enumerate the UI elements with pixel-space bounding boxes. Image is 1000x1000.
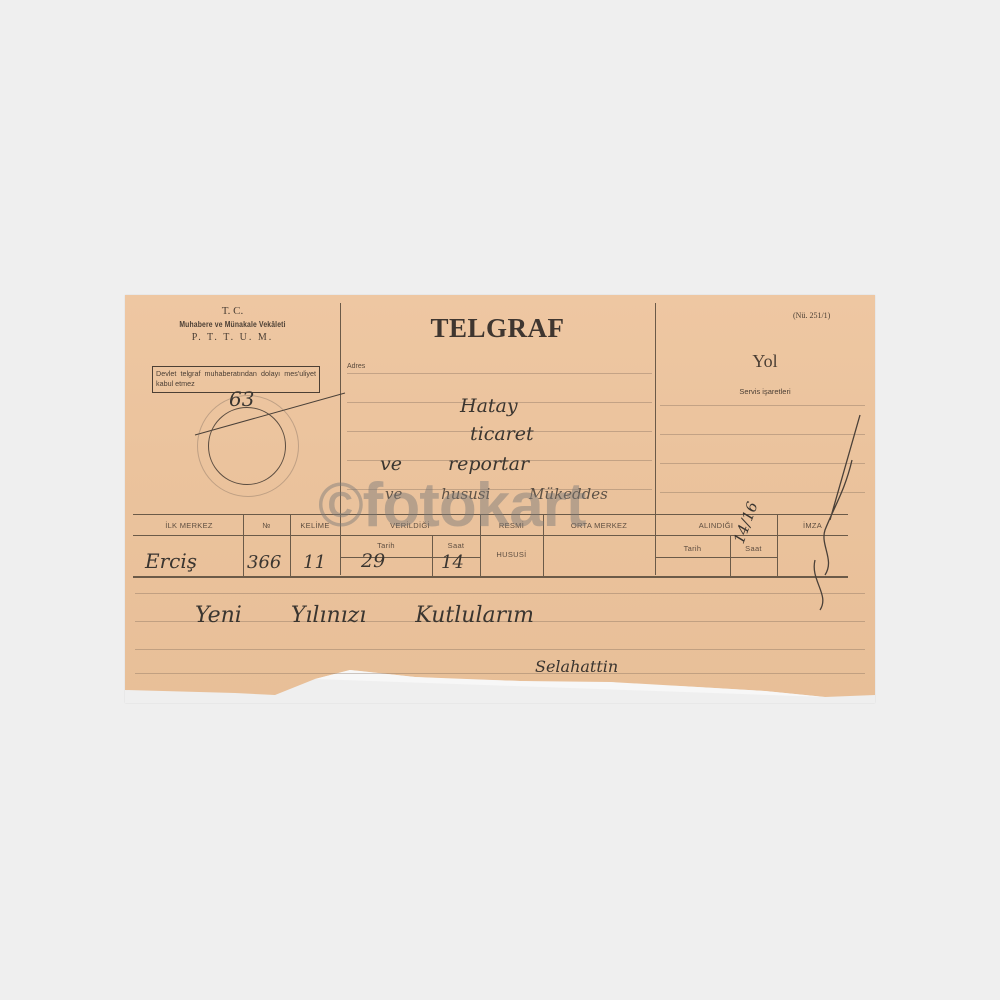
col-resmi: RESMİ <box>480 521 543 530</box>
header-left: T. C. Muhabere ve Münakale Vekâleti P. T… <box>125 305 340 344</box>
col-verildigi-tarih: Tarih <box>340 541 432 550</box>
message-body: Yeni Yılınızı Kutlularım <box>195 603 534 628</box>
cell-saat: 14 <box>441 552 464 573</box>
cell-numara: 366 <box>247 552 281 573</box>
col-verildigi: VERİLDİĞİ <box>340 521 480 530</box>
address-line-4: ve hususi Mükeddes <box>385 485 608 503</box>
postmark-stamp <box>208 407 286 485</box>
ministry-label: Muhabere ve Münakale Vekâleti <box>147 318 319 331</box>
receiver-signature <box>790 410 870 620</box>
cell-tarih: 29 <box>361 550 385 572</box>
col-ilk-merkez: İLK MERKEZ <box>135 521 243 530</box>
route-label: Yol <box>655 351 875 372</box>
cell-ilk-merkez: Erciş <box>145 549 197 573</box>
col-hususi: HUSUSİ <box>480 550 543 559</box>
col-alindigi-tarih: Tarih <box>655 544 730 553</box>
telegram-document: T. C. Muhabere ve Münakale Vekâleti P. T… <box>125 295 875 703</box>
address-line-2: ticaret <box>470 423 534 445</box>
col-alindigi-saat: Saat <box>730 544 777 553</box>
col-verildigi-saat: Saat <box>432 541 480 550</box>
service-marks-label: Servis işaretleri <box>655 387 875 396</box>
address-line-1: Hatay <box>460 395 518 417</box>
form-number: (Nü. 251/1) <box>793 311 830 320</box>
col-orta-merkez: ORTA MERKEZ <box>543 521 655 530</box>
col-kelime: KELİME <box>290 521 340 530</box>
table-bottom-border <box>133 576 848 578</box>
address-label: Adres <box>347 363 365 370</box>
col-numara: № <box>243 521 290 530</box>
col-alindigi: ALINDIĞI <box>655 521 777 530</box>
republic-label: T. C. <box>125 305 340 318</box>
address-line-3: ve reportar <box>380 453 529 475</box>
cell-kelime: 11 <box>303 552 326 573</box>
document-title: TELGRAF <box>340 313 655 344</box>
pttum-label: P. T. T. U. M. <box>125 331 340 344</box>
message-signature: Selahattin <box>535 657 618 676</box>
